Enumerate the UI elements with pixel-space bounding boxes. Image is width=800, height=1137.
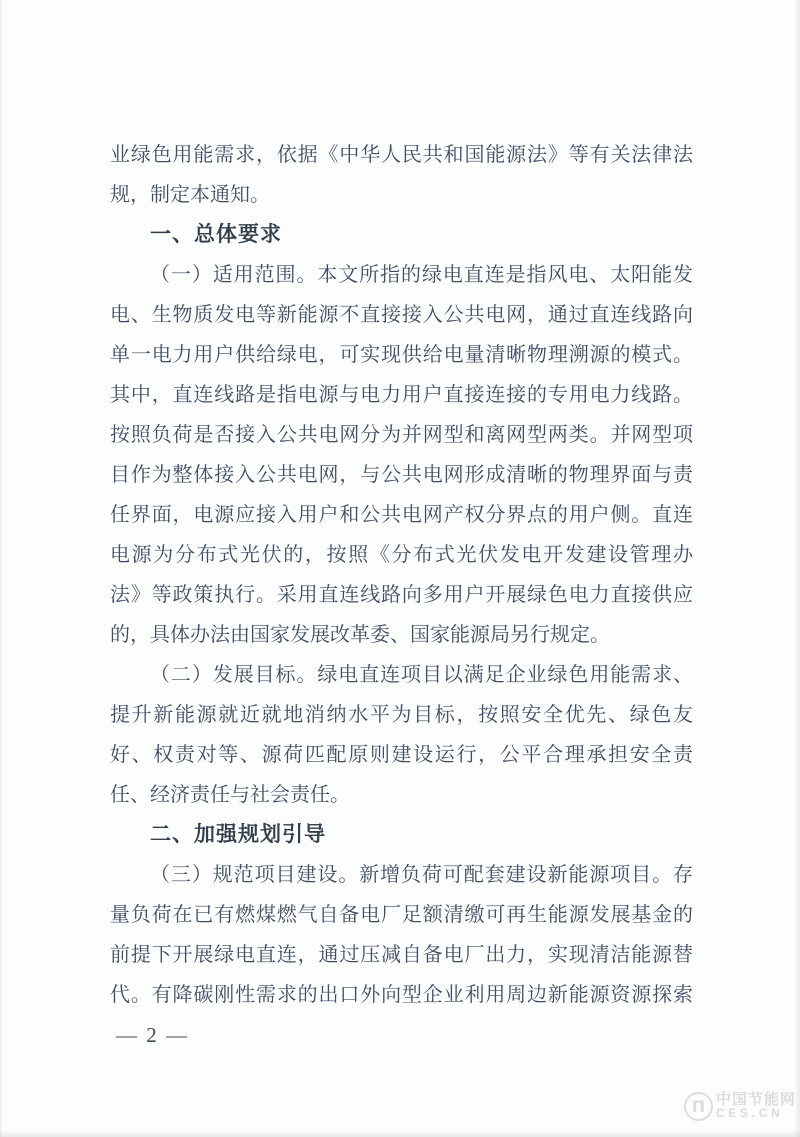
section-heading: 一、总体要求 — [110, 215, 693, 255]
text-line: 规，制定本通知。 — [110, 175, 693, 215]
text-line: 法》等政策执行。采用直连线路向多用户开展绿色电力直接供应 — [110, 575, 693, 615]
text-line: 电源为分布式光伏的，按照《分布式光伏发电开发建设管理办 — [110, 535, 693, 575]
page-bottom-edge-shadow — [0, 1130, 800, 1137]
text-line: 前提下开展绿电直连，通过压减自备电厂出力，实现清洁能源替 — [110, 935, 693, 975]
text-line: 任界面，电源应接入用户和公共电网产权分界点的用户侧。直连 — [110, 495, 693, 535]
watermark: Π 中国节能网 CES.CN — [684, 1092, 796, 1121]
ces-logo-icon: Π — [684, 1092, 713, 1121]
watermark-site-name: 中国节能网 — [716, 1092, 796, 1107]
text-line: 按照负荷是否接入公共电网分为并网型和离网型两类。并网型项 — [110, 415, 693, 455]
text-line: 量负荷在已有燃煤燃气自备电厂足额清缴可再生能源发展基金的 — [110, 895, 693, 935]
paragraph: 业绿色用能需求，依据《中华人民共和国能源法》等有关法律法规，制定本通知。 — [110, 135, 693, 215]
watermark-text: 中国节能网 CES.CN — [716, 1092, 796, 1121]
text-line: 业绿色用能需求，依据《中华人民共和国能源法》等有关法律法 — [110, 135, 693, 175]
text-line: 一、总体要求 — [110, 215, 693, 255]
page-number: — 2 — — [116, 1015, 189, 1055]
text-line: 目作为整体接入公共电网，与公共电网形成清晰的物理界面与责 — [110, 455, 693, 495]
scanned-document-page: 业绿色用能需求，依据《中华人民共和国能源法》等有关法律法规，制定本通知。一、总体… — [0, 0, 800, 1137]
watermark-site-domain: CES.CN — [716, 1109, 796, 1121]
text-line: 好、权责对等、源荷匹配原则建设运行，公平合理承担安全责 — [110, 735, 693, 775]
text-line: 电、生物质发电等新能源不直接接入公共电网，通过直连线路向 — [110, 295, 693, 335]
paragraph: （三）规范项目建设。新增负荷可配套建设新能源项目。存量负荷在已有燃煤燃气自备电厂… — [110, 855, 693, 1015]
document-body: 业绿色用能需求，依据《中华人民共和国能源法》等有关法律法规，制定本通知。一、总体… — [110, 135, 693, 1015]
text-line: 的，具体办法由国家发展改革委、国家能源局另行规定。 — [110, 615, 693, 655]
paragraph: （一）适用范围。本文所指的绿电直连是指风电、太阳能发电、生物质发电等新能源不直接… — [110, 255, 693, 655]
text-line: 代。有降碳刚性需求的出口外向型企业利用周边新能源资源探索 — [110, 975, 693, 1015]
text-line: （三）规范项目建设。新增负荷可配套建设新能源项目。存 — [110, 855, 693, 895]
page-left-edge-shadow — [0, 0, 3, 1137]
text-line: 提升新能源就近就地消纳水平为目标，按照安全优先、绿色友 — [110, 695, 693, 735]
paragraph: （二）发展目标。绿电直连项目以满足企业绿色用能需求、提升新能源就近就地消纳水平为… — [110, 655, 693, 815]
text-line: （二）发展目标。绿电直连项目以满足企业绿色用能需求、 — [110, 655, 693, 695]
text-line: 任、经济责任与社会责任。 — [110, 775, 693, 815]
section-heading: 二、加强规划引导 — [110, 815, 693, 855]
text-line: 其中，直连线路是指电源与电力用户直接连接的专用电力线路。 — [110, 375, 693, 415]
text-line: 二、加强规划引导 — [110, 815, 693, 855]
text-line: （一）适用范围。本文所指的绿电直连是指风电、太阳能发 — [110, 255, 693, 295]
text-line: 单一电力用户供给绿电，可实现供给电量清晰物理溯源的模式。 — [110, 335, 693, 375]
page-right-edge-shadow — [794, 0, 800, 1137]
